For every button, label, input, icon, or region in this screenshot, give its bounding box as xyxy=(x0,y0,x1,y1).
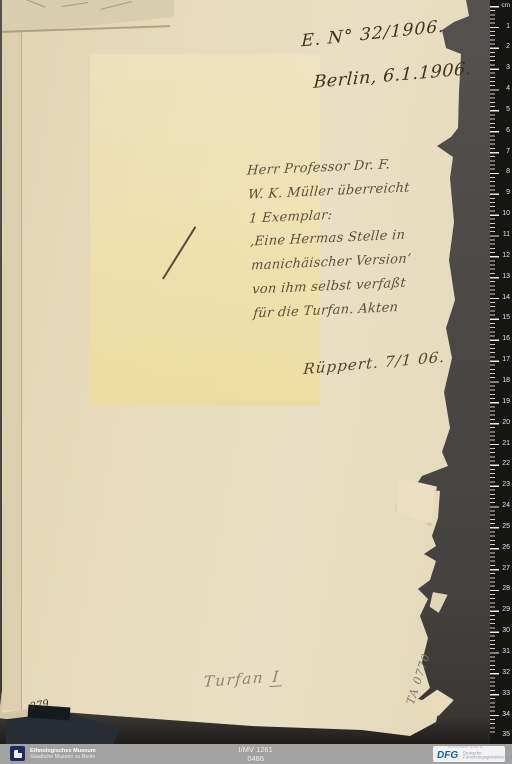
pencil-note-numeral: I xyxy=(270,667,283,687)
ruler-tick-label: 22 xyxy=(497,460,510,468)
ruler-tick-label: 14 xyxy=(497,294,510,302)
ruler-tick-label: 32 xyxy=(497,669,510,677)
ruler-tick-label: 30 xyxy=(497,627,510,635)
museum-text-block: Ethnologisches Museum Staatliche Museen … xyxy=(30,747,173,759)
ruler-tick-label: 12 xyxy=(497,252,510,260)
ruler-tick-label: 24 xyxy=(497,502,510,510)
ruler-tick-label: 23 xyxy=(497,481,510,489)
ruler-tick-label: 18 xyxy=(497,377,510,385)
ruler-tick-label: 26 xyxy=(497,544,510,552)
measurement-ruler: cm12345678910111213141516171819202122232… xyxy=(490,0,512,744)
dfg-logo-box: GEFÖRDERT DURCH DFG Deutsche Forschungsg… xyxy=(433,746,505,762)
ruler-tick-label: 2 xyxy=(497,43,510,51)
ruler-tick-label: 29 xyxy=(497,606,510,614)
ruler-tick-label: 9 xyxy=(497,189,510,197)
archival-scan-viewer: 279 E. N° 32/1906. Berlin, 6.1.1906. Her… xyxy=(0,0,512,764)
ruler-tick-label: 5 xyxy=(497,106,510,114)
left-sheet-edge xyxy=(2,0,22,710)
ruler-tick-label: 1 xyxy=(497,23,510,31)
ruler-unit-label: cm xyxy=(497,2,510,10)
ruler-tick-label: 16 xyxy=(497,335,510,343)
document-page xyxy=(2,0,480,740)
ruler-tick-label: 6 xyxy=(497,127,510,135)
ruler-tick-label: 3 xyxy=(497,64,510,72)
footer-bar: Ethnologisches Museum Staatliche Museen … xyxy=(0,744,512,764)
ruler-tick-label: 13 xyxy=(497,273,510,281)
dfg-acronym: DFG xyxy=(437,750,458,761)
image-number: 0486 xyxy=(239,755,273,764)
ruler-tick-label: 21 xyxy=(497,440,510,448)
dfg-name: Deutsche Forschungsgemeinschaft xyxy=(463,751,512,760)
ruler-tick-label: 8 xyxy=(497,168,510,176)
ruler-tick-label: 19 xyxy=(497,398,510,406)
ruler-tick-label: 35 xyxy=(497,731,510,739)
letter-body: Herr Professor Dr. F. W. K. Müller überr… xyxy=(246,153,415,326)
ruler-tick-label: 11 xyxy=(497,231,510,239)
ruler-tick-label: 10 xyxy=(497,210,510,218)
ruler-tick-label: 25 xyxy=(497,523,510,531)
museum-subtitle: Staatliche Museen zu Berlin xyxy=(30,753,173,759)
ruler-tick-label: 17 xyxy=(497,356,510,364)
ruler-tick-label: 7 xyxy=(497,148,510,156)
ruler-tick-label: 20 xyxy=(497,419,510,427)
ruler-tick-label: 15 xyxy=(497,314,510,322)
museum-logo xyxy=(10,746,25,761)
ruler-tick-label: 34 xyxy=(497,711,510,719)
ruler-tick-label: 27 xyxy=(497,565,510,573)
ruler-tick-label: 28 xyxy=(497,585,510,593)
ruler-tick-label: 33 xyxy=(497,690,510,698)
ruler-tick-label: 31 xyxy=(497,648,510,656)
ruler-tick-label: 4 xyxy=(497,85,510,93)
image-identifier: I/MV 1261 0486 xyxy=(239,746,273,763)
museum-logo-icon xyxy=(14,750,22,758)
